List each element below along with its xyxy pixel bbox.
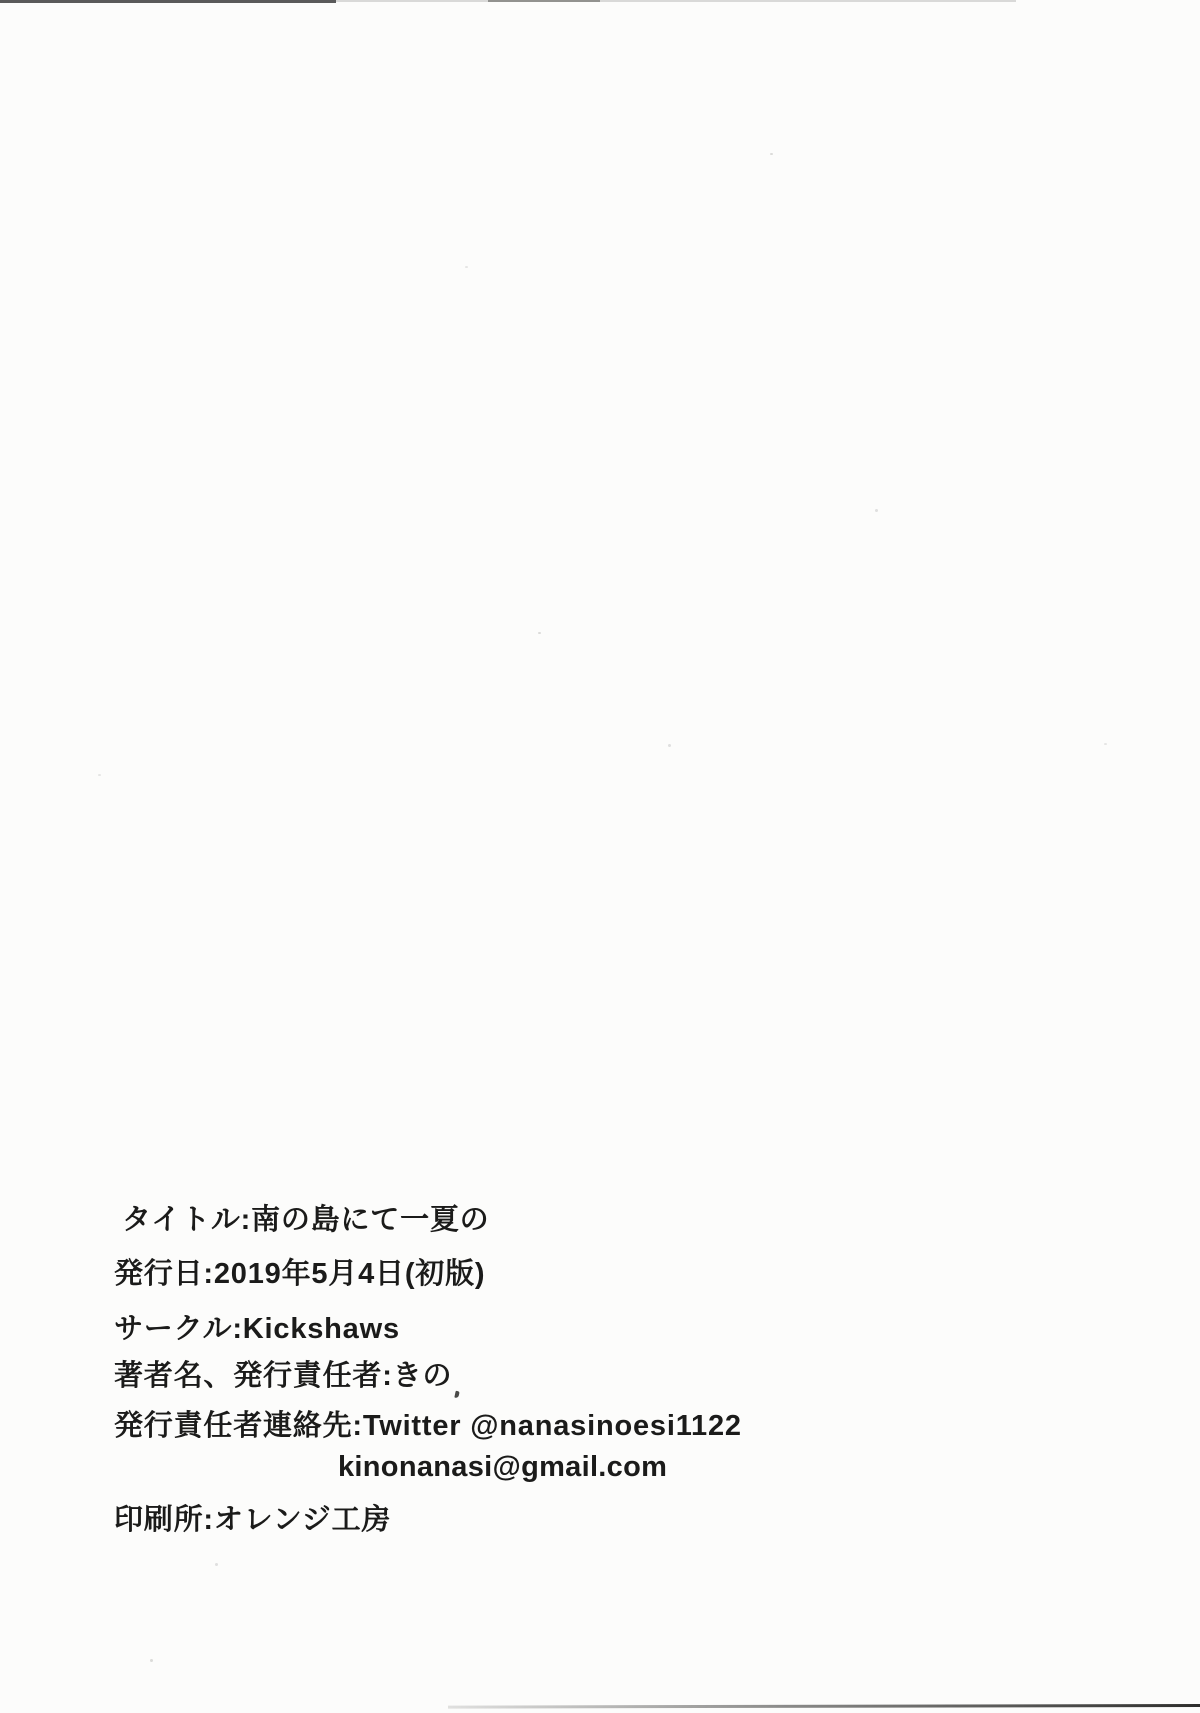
- scan-dust-speck: [150, 1659, 153, 1662]
- colophon-issue-date-line: 発行日:2019年5月4日(初版): [114, 1260, 485, 1289]
- scan-artifact-top-edge-light: [336, 0, 1016, 2]
- colophon-contact-email-line: kinonanasi@gmail.com: [338, 1453, 667, 1482]
- scan-artifact-bottom-edge: [448, 1704, 1200, 1709]
- colophon-contact-line: 発行責任者連絡先:Twitter @nanasinoesi1122: [114, 1412, 742, 1441]
- colophon-author-line: 著者名、発行責任者:きの: [114, 1362, 452, 1391]
- scanned-colophon-page: タイトル:南の島にて一夏の 発行日:2019年5月4日(初版) サークル:Kic…: [0, 0, 1200, 1713]
- scan-dust-speck: [1104, 743, 1107, 745]
- scan-dust-speck: [770, 153, 773, 155]
- scan-dust-speck: [465, 266, 468, 268]
- scan-artifact-top-edge-dark: [0, 0, 336, 3]
- scan-dust-speck: [215, 1563, 218, 1566]
- colophon-circle-line: サークル:Kickshaws: [114, 1315, 400, 1344]
- scan-artifact-comma-speck: [454, 1391, 459, 1399]
- scan-artifact-top-edge-dash: [488, 0, 600, 2]
- colophon-printer-line: 印刷所:オレンジ工房: [114, 1506, 391, 1535]
- scan-dust-speck: [538, 632, 541, 634]
- scan-dust-speck: [875, 509, 878, 512]
- scan-dust-speck: [668, 744, 671, 747]
- scan-dust-speck: [98, 774, 101, 776]
- colophon-title-line: タイトル:南の島にて一夏の: [122, 1206, 489, 1235]
